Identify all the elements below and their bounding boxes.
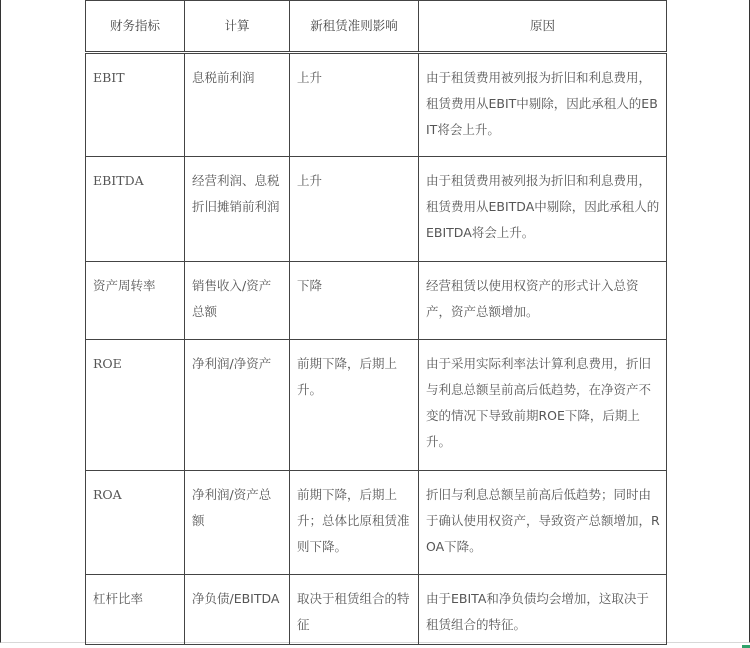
cell-calculation: 经营利润、息税折旧摊销前利润 <box>185 157 289 220</box>
cell-metric: EBIT <box>86 54 184 91</box>
cell-impact: 上升 <box>290 54 418 91</box>
table-row: 杠杆比率 净负债/EBITDA 取决于租赁组合的特征 由于EBITA和净负债均会… <box>86 575 667 645</box>
cell-calculation: 净利润/净资产 <box>185 340 289 377</box>
cell-reason: 由于租赁费用被列报为折旧和利息费用，租赁费用从EBIT中剔除，因此承租人的EBI… <box>419 54 666 143</box>
cell-impact: 上升 <box>290 157 418 194</box>
table-row: 资产周转率 销售收入/资产总额 下降 经营租赁以使用权资产的形式计入总资产，资产… <box>86 262 667 340</box>
cell-reason: 由于租赁费用被列报为折旧和利息费用，租赁费用从EBITDA中剔除，因此承租人的E… <box>419 157 666 246</box>
header-impact: 新租赁准则影响 <box>290 1 419 53</box>
cell-impact: 取决于租赁组合的特征 <box>290 575 418 638</box>
cell-impact: 前期下降，后期上升；总体比原租赁准则下降。 <box>290 471 418 560</box>
cell-reason: 由于采用实际利率法计算利息费用，折旧与利息总额呈前高后低趋势，在净资产不变的情况… <box>419 340 666 455</box>
cell-reason: 经营租赁以使用权资产的形式计入总资产，资产总额增加。 <box>419 262 666 325</box>
cell-metric: 杠杆比率 <box>86 575 184 612</box>
table-row: ROA 净利润/资产总额 前期下降，后期上升；总体比原租赁准则下降。 折旧与利息… <box>86 471 667 575</box>
cell-calculation: 销售收入/资产总额 <box>185 262 289 325</box>
cell-metric: EBITDA <box>86 157 184 194</box>
header-metric: 财务指标 <box>86 1 185 53</box>
table-row: EBIT 息税前利润 上升 由于租赁费用被列报为折旧和利息费用，租赁费用从EBI… <box>86 53 667 157</box>
cell-calculation: 净负债/EBITDA <box>185 575 289 612</box>
cell-impact: 下降 <box>290 262 418 299</box>
cell-metric: ROA <box>86 471 184 508</box>
table-header-row: 财务指标 计算 新租赁准则影响 原因 <box>86 1 667 53</box>
header-calculation: 计算 <box>185 1 290 53</box>
cell-reason: 折旧与利息总额呈前高后低趋势；同时由于确认使用权资产，导致资产总额增加，ROA下… <box>419 471 666 560</box>
cell-metric: ROE <box>86 340 184 377</box>
cell-calculation: 净利润/资产总额 <box>185 471 289 534</box>
table-row: EBITDA 经营利润、息税折旧摊销前利润 上升 由于租赁费用被列报为折旧和利息… <box>86 157 667 262</box>
cell-calculation: 息税前利润 <box>185 54 289 91</box>
cell-reason: 由于EBITA和净负债均会增加，这取决于租赁组合的特征。 <box>419 575 666 638</box>
financial-impact-table: 财务指标 计算 新租赁准则影响 原因 EBIT 息税前利润 上升 由于租赁费用被… <box>85 0 667 645</box>
cell-metric: 资产周转率 <box>86 262 184 299</box>
table-row: ROE 净利润/净资产 前期下降，后期上升。 由于采用实际利率法计算利息费用，折… <box>86 340 667 471</box>
header-reason: 原因 <box>419 1 667 53</box>
cell-impact: 前期下降，后期上升。 <box>290 340 418 403</box>
